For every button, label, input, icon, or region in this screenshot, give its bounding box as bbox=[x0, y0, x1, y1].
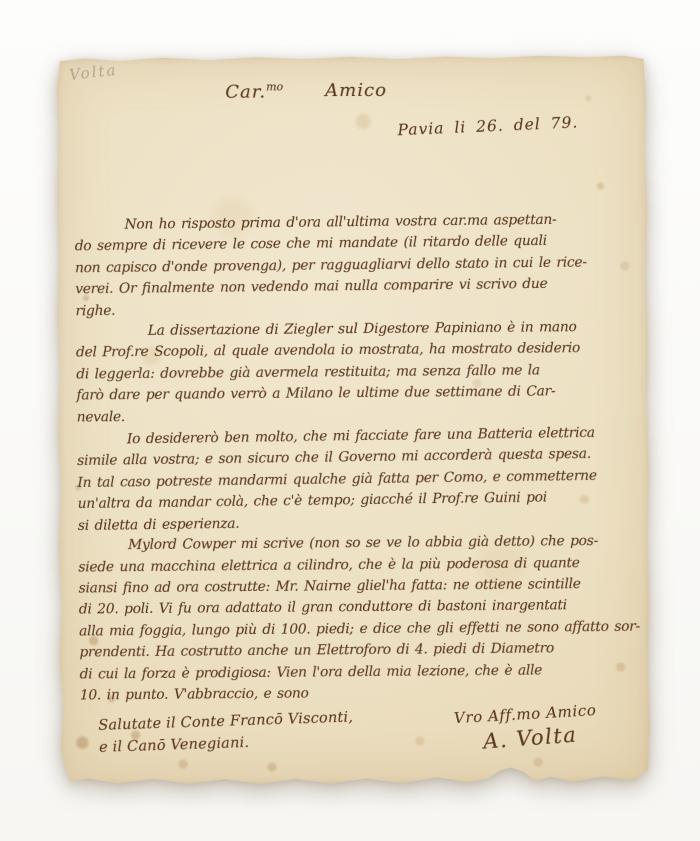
paragraph: Mylord Cowper mi scrive (non so se ve lo… bbox=[78, 530, 658, 708]
postscript: Salutate il Conte Francō Visconti,e il C… bbox=[98, 706, 354, 758]
salutation-abbreviation: Car.mo bbox=[225, 80, 283, 102]
letter-paper: Volta Car.mo Amico Pavia li 26. del 79. … bbox=[55, 54, 651, 786]
salutation-superscript: mo bbox=[266, 80, 283, 93]
paragraph: La dissertazione di Ziegler sul Digestor… bbox=[76, 316, 655, 430]
pencil-annotation: Volta bbox=[68, 61, 118, 84]
dateline: Pavia li 26. del 79. bbox=[397, 113, 579, 139]
photo-background: Volta Car.mo Amico Pavia li 26. del 79. … bbox=[0, 0, 700, 841]
signature: A. Volta bbox=[482, 721, 598, 754]
closing: Vro Aff.mo Amico A. Volta bbox=[453, 701, 598, 754]
salutation: Car.mo Amico bbox=[225, 80, 387, 103]
letter-paper-wrap: Volta Car.mo Amico Pavia li 26. del 79. … bbox=[55, 54, 651, 786]
paragraph: Non ho risposto prima d'ora all'ultima v… bbox=[74, 209, 653, 323]
salutation-name: Amico bbox=[325, 80, 387, 102]
letter-body: Non ho risposto prima d'ora all'ultima v… bbox=[74, 209, 658, 708]
paragraph: Io desidererò ben molto, che mi facciate… bbox=[77, 423, 656, 537]
